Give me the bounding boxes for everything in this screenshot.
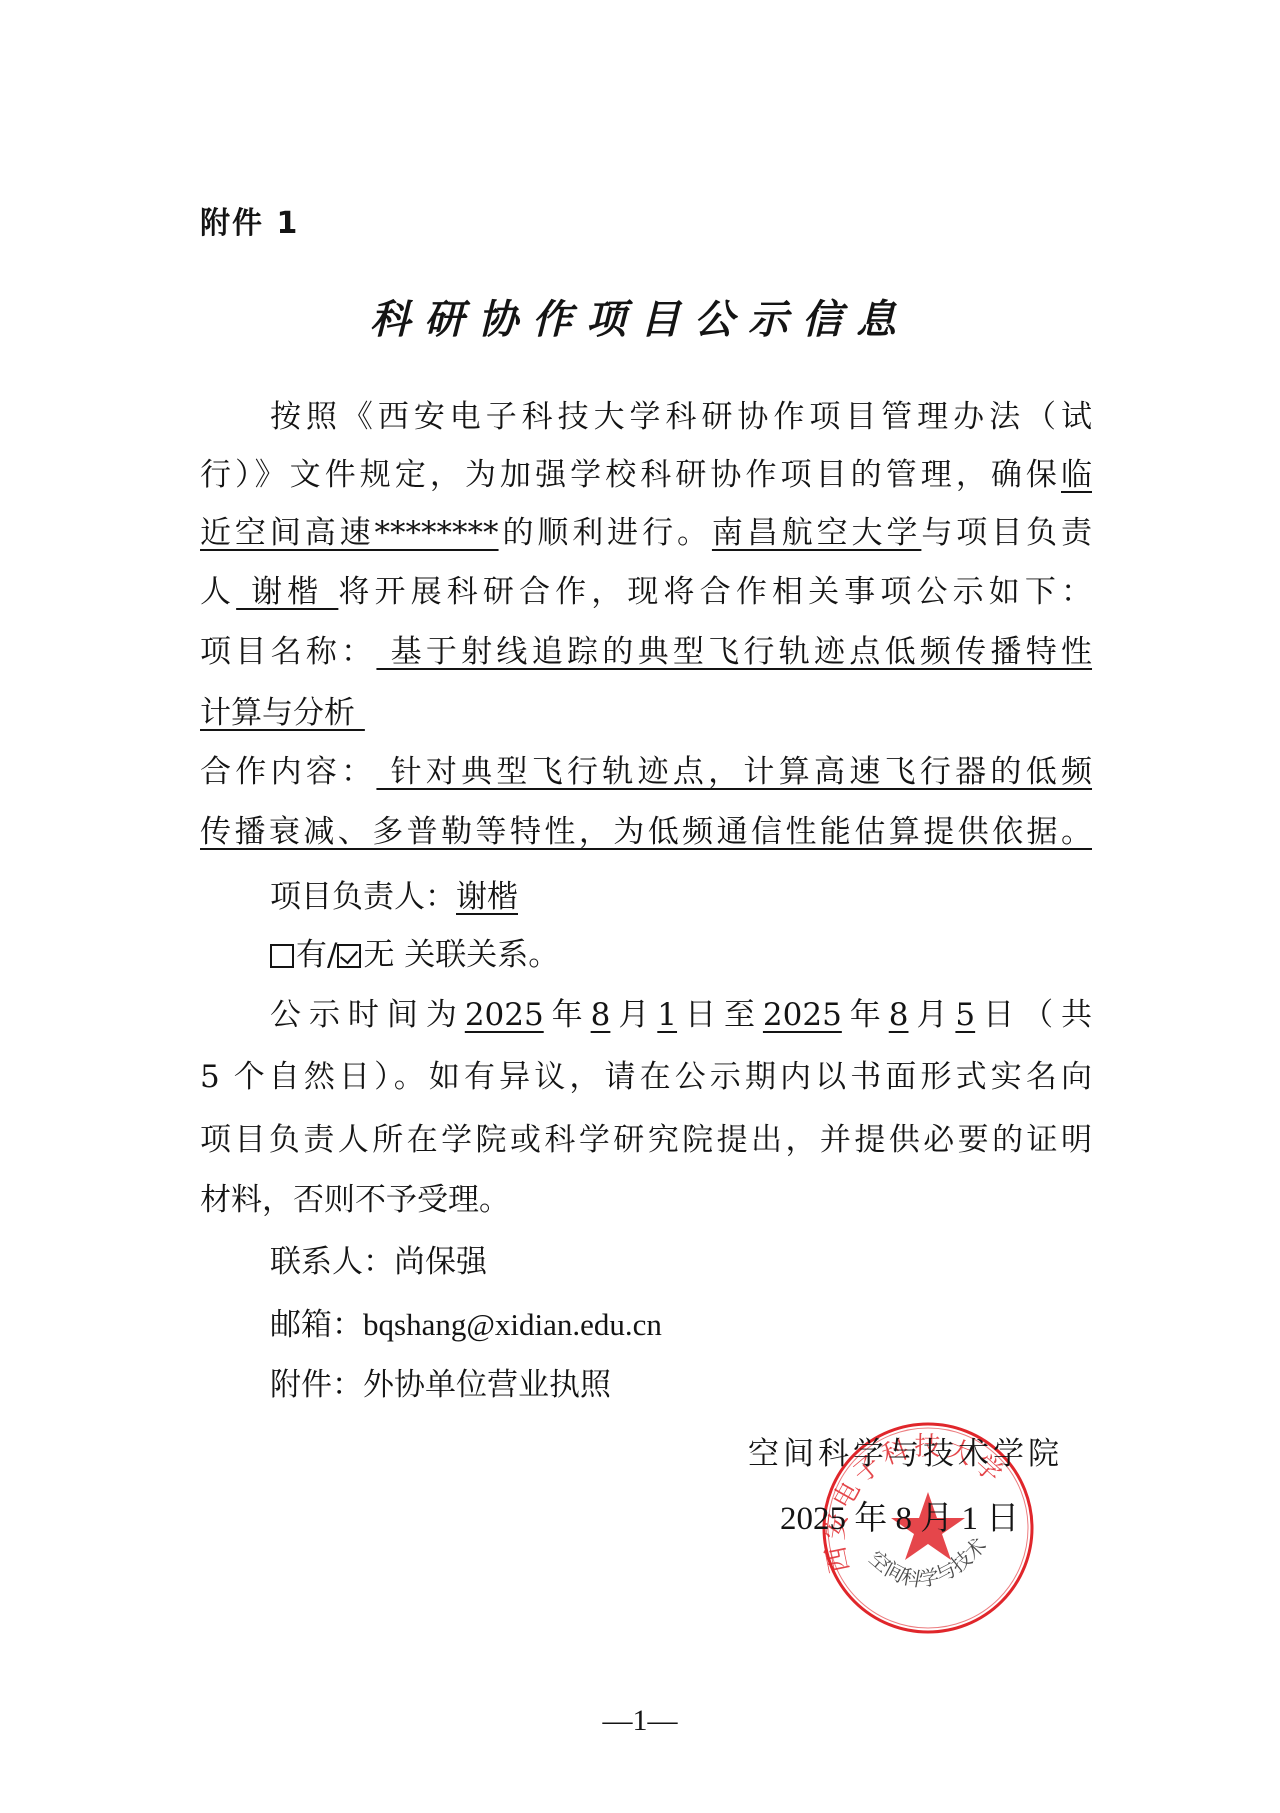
cooperation-value: 传播衰减、多普勒等特性，为低频通信性能估算提供依据。 [200,814,1092,850]
attachment-line: 附件：外协单位营业执照 [270,1363,1092,1407]
leader-line: 项目负责人：谢楷 [270,875,1092,919]
start-month: 8 [591,997,611,1033]
project-name-line-1: 项目名称： 基于射线追踪的典型飞行轨迹点低频传播特性 [200,630,1092,674]
cooperation-label: 合作内容： [200,754,376,790]
intro-line-1: 按照《西安电子科技大学科研协作项目管理办法（试 [270,395,1092,439]
period-line-3: 项目负责人所在学院或科学研究院提出，并提供必要的证明 [200,1118,1092,1162]
cooperation-value: 针对典型飞行轨迹点，计算高速飞行器的低频 [376,754,1092,790]
leader-name: 谢楷 [456,879,518,915]
option-yes-label: 有 [296,937,327,973]
period-line-1: 公示时间为2025年8月1日至2025年8月5日（共 [270,993,1092,1037]
end-day: 5 [955,997,975,1033]
day-char: 日 [677,997,724,1033]
project-name-value: 计算与分析 [200,695,365,731]
project-name-label: 项目名称： [200,634,376,670]
start-day: 1 [657,997,677,1033]
option-no-label: 无 [363,937,394,973]
month-char: 月 [610,997,657,1033]
period-text: 材料，否则不予受理。 [200,1182,510,1218]
project-name-line-2: 计算与分析 [200,691,1092,735]
intro-text: 与项目负责 [921,515,1092,551]
project-name-value: 基于射线追踪的典型飞行轨迹点低频传播特性 [376,634,1092,670]
intro-text: 人 [200,574,236,610]
relation-suffix: 关联关系。 [394,937,559,973]
project-ref-underlined: 近空间高速******** [200,515,499,551]
signature-date: 2025 年 8 月 1 日 [780,1492,1019,1539]
contact-line: 联系人：尚保强 [270,1240,1092,1284]
contact-name: 尚保强 [394,1244,487,1280]
intro-text: 将开展科研合作，现将合作相关事项公示如下： [338,574,1092,610]
separator: / [327,937,337,973]
intro-line-4: 人 谢楷 将开展科研合作，现将合作相关事项公示如下： [200,570,1092,614]
month-char: 月 [908,997,955,1033]
period-line-2: 5 个自然日）。如有异议，请在公示期内以书面形式实名向 [200,1055,1092,1099]
leader-label: 项目负责人： [270,879,456,915]
day-char: 日 [975,997,1022,1033]
period-text: 项目负责人所在学院或科学研究院提出，并提供必要的证明 [200,1122,1092,1158]
attachment-label: 附件 1 [200,198,299,242]
period-line-4: 材料，否则不予受理。 [200,1178,1092,1222]
end-month: 8 [889,997,909,1033]
attachment-list-label: 附件： [270,1367,363,1403]
year-char: 年 [544,997,591,1033]
start-year: 2025 [465,997,544,1033]
partner-org: 南昌航空大学 [712,515,921,551]
email-label: 邮箱： [270,1307,363,1343]
relation-line: 有/无 关联关系。 [270,933,1092,977]
intro-text: 的顺利进行。 [499,515,712,551]
document-page: 附件 1 科研协作项目公示信息 按照《西安电子科技大学科研协作项目管理办法（试 … [0,0,1280,1813]
period-tail: （共 [1022,997,1092,1033]
cooperation-line-1: 合作内容： 针对典型飞行轨迹点，计算高速飞行器的低频 [200,750,1092,794]
intro-text: 按照《西安电子科技大学科研协作项目管理办法（试 [270,399,1092,435]
cooperation-line-2: 传播衰减、多普勒等特性，为低频通信性能估算提供依据。 [200,810,1092,854]
intro-line-3: 近空间高速********的顺利进行。南昌航空大学与项目负责 [200,511,1092,555]
end-year: 2025 [763,997,842,1033]
period-prefix: 公示时间为 [270,997,465,1033]
document-title: 科研协作项目公示信息 [0,288,1280,345]
email-value[interactable]: bqshang@xidian.edu.cn [363,1307,662,1342]
project-ref-underlined: 临 [1061,457,1092,493]
year-char: 年 [842,997,889,1033]
attachment-value: 外协单位营业执照 [363,1367,611,1403]
email-line: 邮箱：bqshang@xidian.edu.cn [270,1303,1092,1347]
intro-text: 行）》文件规定，为加强学校科研协作项目的管理，确保 [200,457,1061,493]
signature-org: 空间科学与技术学院 [748,1428,1063,1473]
contact-label: 联系人： [270,1244,394,1280]
page-number: —1— [0,1704,1280,1738]
intro-line-2: 行）》文件规定，为加强学校科研协作项目的管理，确保临 [200,453,1092,497]
leader-name-inline: 谢楷 [236,574,338,610]
checkbox-has-relation[interactable] [270,944,294,968]
checkbox-no-relation[interactable] [337,944,361,968]
period-text: 5 个自然日）。如有异议，请在公示期内以书面形式实名向 [200,1059,1092,1095]
to-char: 至 [724,997,763,1033]
